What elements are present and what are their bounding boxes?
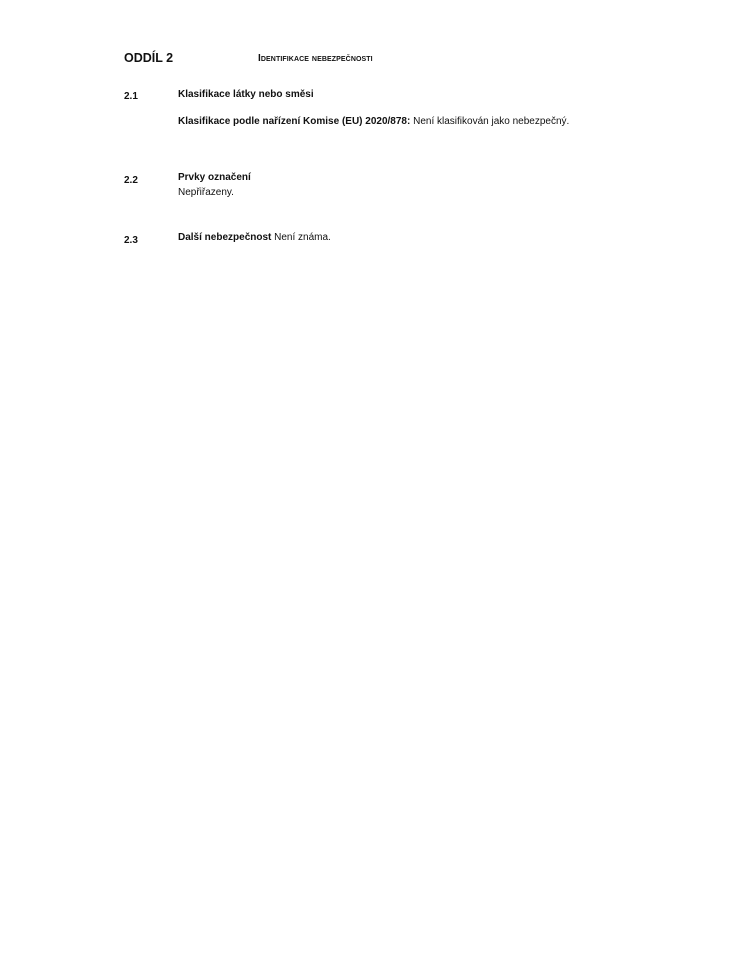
classification-label: Klasifikace podle nařízení Komise (EU) 2…: [178, 116, 410, 127]
subsection-number: 2.3: [124, 235, 138, 246]
other-hazards-text: Není známa.: [271, 232, 330, 243]
label-elements-text: Nepřiřazeny.: [178, 187, 234, 198]
other-hazards-line: Další nebezpečnost Není známa.: [178, 232, 331, 243]
section-title: Identifikace nebezpečnosti: [258, 53, 373, 64]
subsection-number: 2.2: [124, 175, 138, 186]
subsection-title: Klasifikace látky nebo směsi: [178, 89, 314, 100]
subsection-title: Prvky označení: [178, 172, 251, 183]
subsection-number: 2.1: [124, 91, 138, 102]
subsection-title: Další nebezpečnost: [178, 232, 271, 243]
classification-value: Není klasifikován jako nebezpečný.: [410, 116, 569, 127]
classification-line: Klasifikace podle nařízení Komise (EU) 2…: [178, 116, 569, 127]
section-number: ODDÍL 2: [124, 51, 173, 65]
